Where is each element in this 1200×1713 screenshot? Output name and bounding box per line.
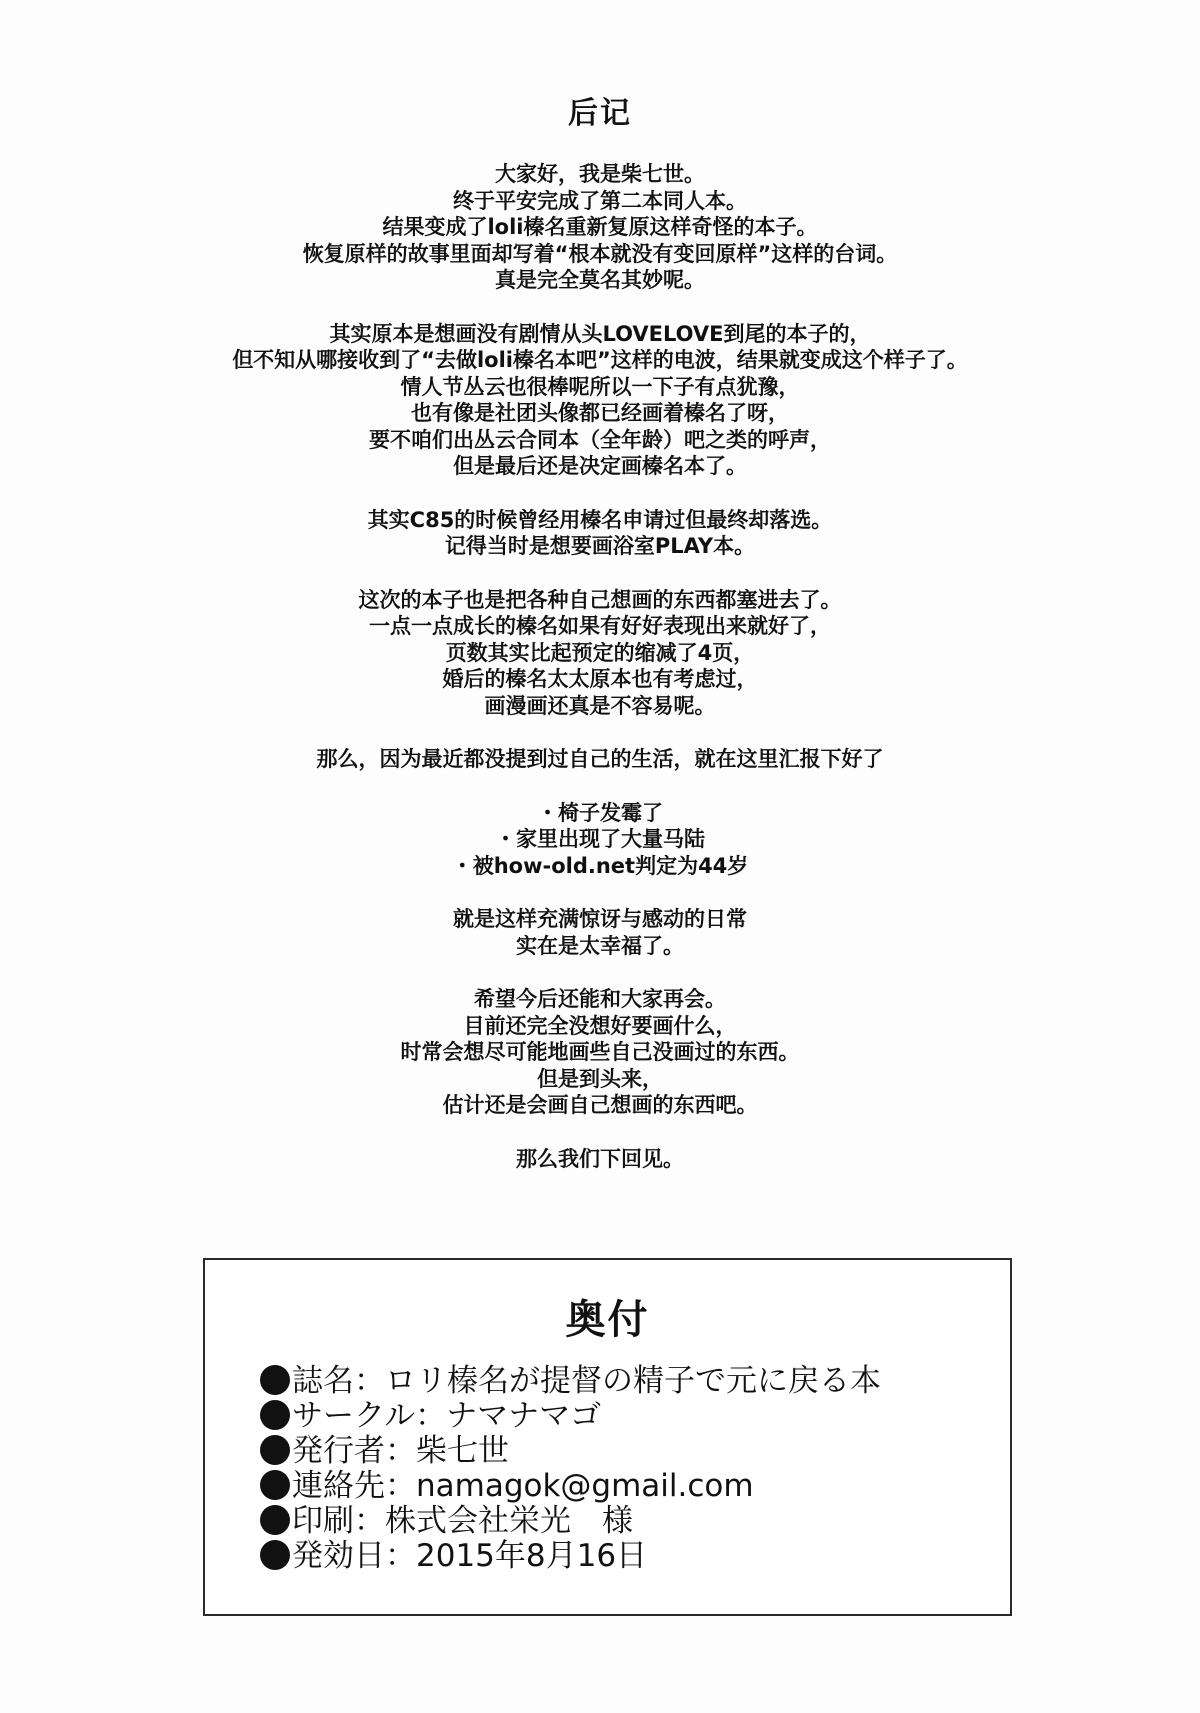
text-line: 时常会想尽可能地画些自己没画过的东西。 (0, 1039, 1200, 1066)
paragraph-future: 希望今后还能和大家再会。 目前还完全没想好要画什么， 时常会想尽可能地画些自己没… (0, 986, 1200, 1119)
colophon-item-issue-date: 発効日：2015年8月16日 (260, 1539, 881, 1574)
colophon-value-email: namagok@gmail.com (416, 1468, 754, 1504)
text-line: 就是这样充满惊讶与感动的日常 (0, 906, 1200, 933)
colophon-label: 誌名 (292, 1363, 354, 1399)
bullet-icon (260, 1470, 290, 1500)
text-line: 其实原本是想画没有剧情从头LOVELOVE到尾的本子的， (0, 321, 1200, 348)
colophon-separator: ： (354, 1503, 385, 1539)
afterword-title: 后记 (0, 94, 1200, 134)
colophon-label: 発行者 (292, 1433, 385, 1469)
colophon-title: 奥付 (205, 1295, 1010, 1345)
colophon-box: 奥付 誌名：ロリ榛名が提督の精子で元に戻る本 サークル：ナマナマゴ 発行者：柴七… (203, 1258, 1012, 1616)
colophon-value: ロリ榛名が提督の精子で元に戻る本 (385, 1363, 881, 1399)
bullet-icon (260, 1365, 290, 1395)
colophon-separator: ： (354, 1363, 385, 1399)
colophon-list: 誌名：ロリ榛名が提督の精子で元に戻る本 サークル：ナマナマゴ 発行者：柴七世 連… (260, 1364, 881, 1574)
paragraph-life-report-intro: 那么，因为最近都没提到过自己的生活，就在这里汇报下好了 (0, 746, 1200, 773)
paragraph-happy: 就是这样充满惊讶与感动的日常 实在是太幸福了。 (0, 906, 1200, 959)
bullet-icon (260, 1400, 290, 1430)
text-line: 但是最后还是决定画榛名本了。 (0, 453, 1200, 480)
colophon-value: 柴七世 (416, 1433, 509, 1469)
text-line: 希望今后还能和大家再会。 (0, 986, 1200, 1013)
colophon-item-circle: サークル：ナマナマゴ (260, 1399, 881, 1434)
paragraph-farewell: 那么我们下回见。 (0, 1146, 1200, 1173)
colophon-label: サークル (292, 1398, 415, 1434)
text-line: 恢复原样的故事里面却写着“根本就没有变回原样”这样的台词。 (0, 241, 1200, 268)
text-line: 但是到头来， (0, 1066, 1200, 1093)
colophon-value: 2015年8月16日 (416, 1538, 647, 1574)
afterword-page: 后记 大家好，我是柴七世。 终于平安完成了第二本同人本。 结果变成了loli榛名… (0, 0, 1200, 1713)
text-line: 那么我们下回见。 (0, 1146, 1200, 1173)
colophon-separator: ： (385, 1433, 416, 1469)
text-line: 估计还是会画自己想画的东西吧。 (0, 1092, 1200, 1119)
paragraph-greeting: 大家好，我是柴七世。 终于平安完成了第二本同人本。 结果变成了loli榛名重新复… (0, 161, 1200, 294)
colophon-separator: ： (385, 1468, 416, 1504)
text-line: 一点一点成长的榛名如果有好好表现出来就好了， (0, 613, 1200, 640)
colophon-separator: ： (385, 1538, 416, 1574)
text-line: 那么，因为最近都没提到过自己的生活，就在这里汇报下好了 (0, 746, 1200, 773)
text-line: 但不知从哪接收到了“去做loli榛名本吧”这样的电波，结果就变成这个样子了。 (0, 347, 1200, 374)
text-line: 这次的本子也是把各种自己想画的东西都塞进去了。 (0, 587, 1200, 614)
paragraph-life-report-list: ・椅子发霉了 ・家里出现了大量马陆 ・被how-old.net判定为44岁 (0, 800, 1200, 880)
colophon-item-contact: 連絡先：namagok@gmail.com (260, 1469, 881, 1504)
text-line: 也有像是社团头像都已经画着榛名了呀， (0, 400, 1200, 427)
bullet-icon (260, 1435, 290, 1465)
colophon-label: 連絡先 (292, 1468, 385, 1504)
colophon-item-title: 誌名：ロリ榛名が提督の精子で元に戻る本 (260, 1364, 881, 1399)
list-item: ・家里出现了大量马陆 (0, 826, 1200, 853)
text-line: 情人节丛云也很棒呢所以一下子有点犹豫， (0, 374, 1200, 401)
colophon-value: 株式会社栄光 様 (385, 1503, 633, 1539)
colophon-label: 発効日 (292, 1538, 385, 1574)
list-item: ・椅子发霉了 (0, 800, 1200, 827)
paragraph-this-book: 这次的本子也是把各种自己想画的东西都塞进去了。 一点一点成长的榛名如果有好好表现… (0, 587, 1200, 720)
colophon-label: 印刷 (292, 1503, 354, 1539)
text-line: 真是完全莫名其妙呢。 (0, 267, 1200, 294)
text-line: 婚后的榛名太太原本也有考虑过， (0, 666, 1200, 693)
paragraph-original-plan: 其实原本是想画没有剧情从头LOVELOVE到尾的本子的， 但不知从哪接收到了“去… (0, 321, 1200, 480)
paragraph-c85: 其实C85的时候曾经用榛名申请过但最终却落选。 记得当时是想要画浴室PLAY本。 (0, 507, 1200, 560)
colophon-item-publisher: 発行者：柴七世 (260, 1434, 881, 1469)
text-line: 大家好，我是柴七世。 (0, 161, 1200, 188)
text-line: 页数其实比起预定的缩减了4页， (0, 640, 1200, 667)
text-line: 目前还完全没想好要画什么， (0, 1013, 1200, 1040)
colophon-item-printer: 印刷：株式会社栄光 様 (260, 1504, 881, 1539)
colophon-separator: ： (415, 1398, 446, 1434)
text-line: 实在是太幸福了。 (0, 933, 1200, 960)
text-line: 结果变成了loli榛名重新复原这样奇怪的本子。 (0, 214, 1200, 241)
colophon-value: ナマナマゴ (446, 1398, 601, 1434)
bullet-icon (260, 1540, 290, 1570)
text-line: 其实C85的时候曾经用榛名申请过但最终却落选。 (0, 507, 1200, 534)
afterword-body: 大家好，我是柴七世。 终于平安完成了第二本同人本。 结果变成了loli榛名重新复… (0, 161, 1200, 1199)
text-line: 记得当时是想要画浴室PLAY本。 (0, 533, 1200, 560)
bullet-icon (260, 1505, 290, 1535)
text-line: 终于平安完成了第二本同人本。 (0, 188, 1200, 215)
text-line: 画漫画还真是不容易呢。 (0, 693, 1200, 720)
list-item: ・被how-old.net判定为44岁 (0, 853, 1200, 880)
text-line: 要不咱们出丛云合同本（全年龄）吧之类的呼声， (0, 427, 1200, 454)
